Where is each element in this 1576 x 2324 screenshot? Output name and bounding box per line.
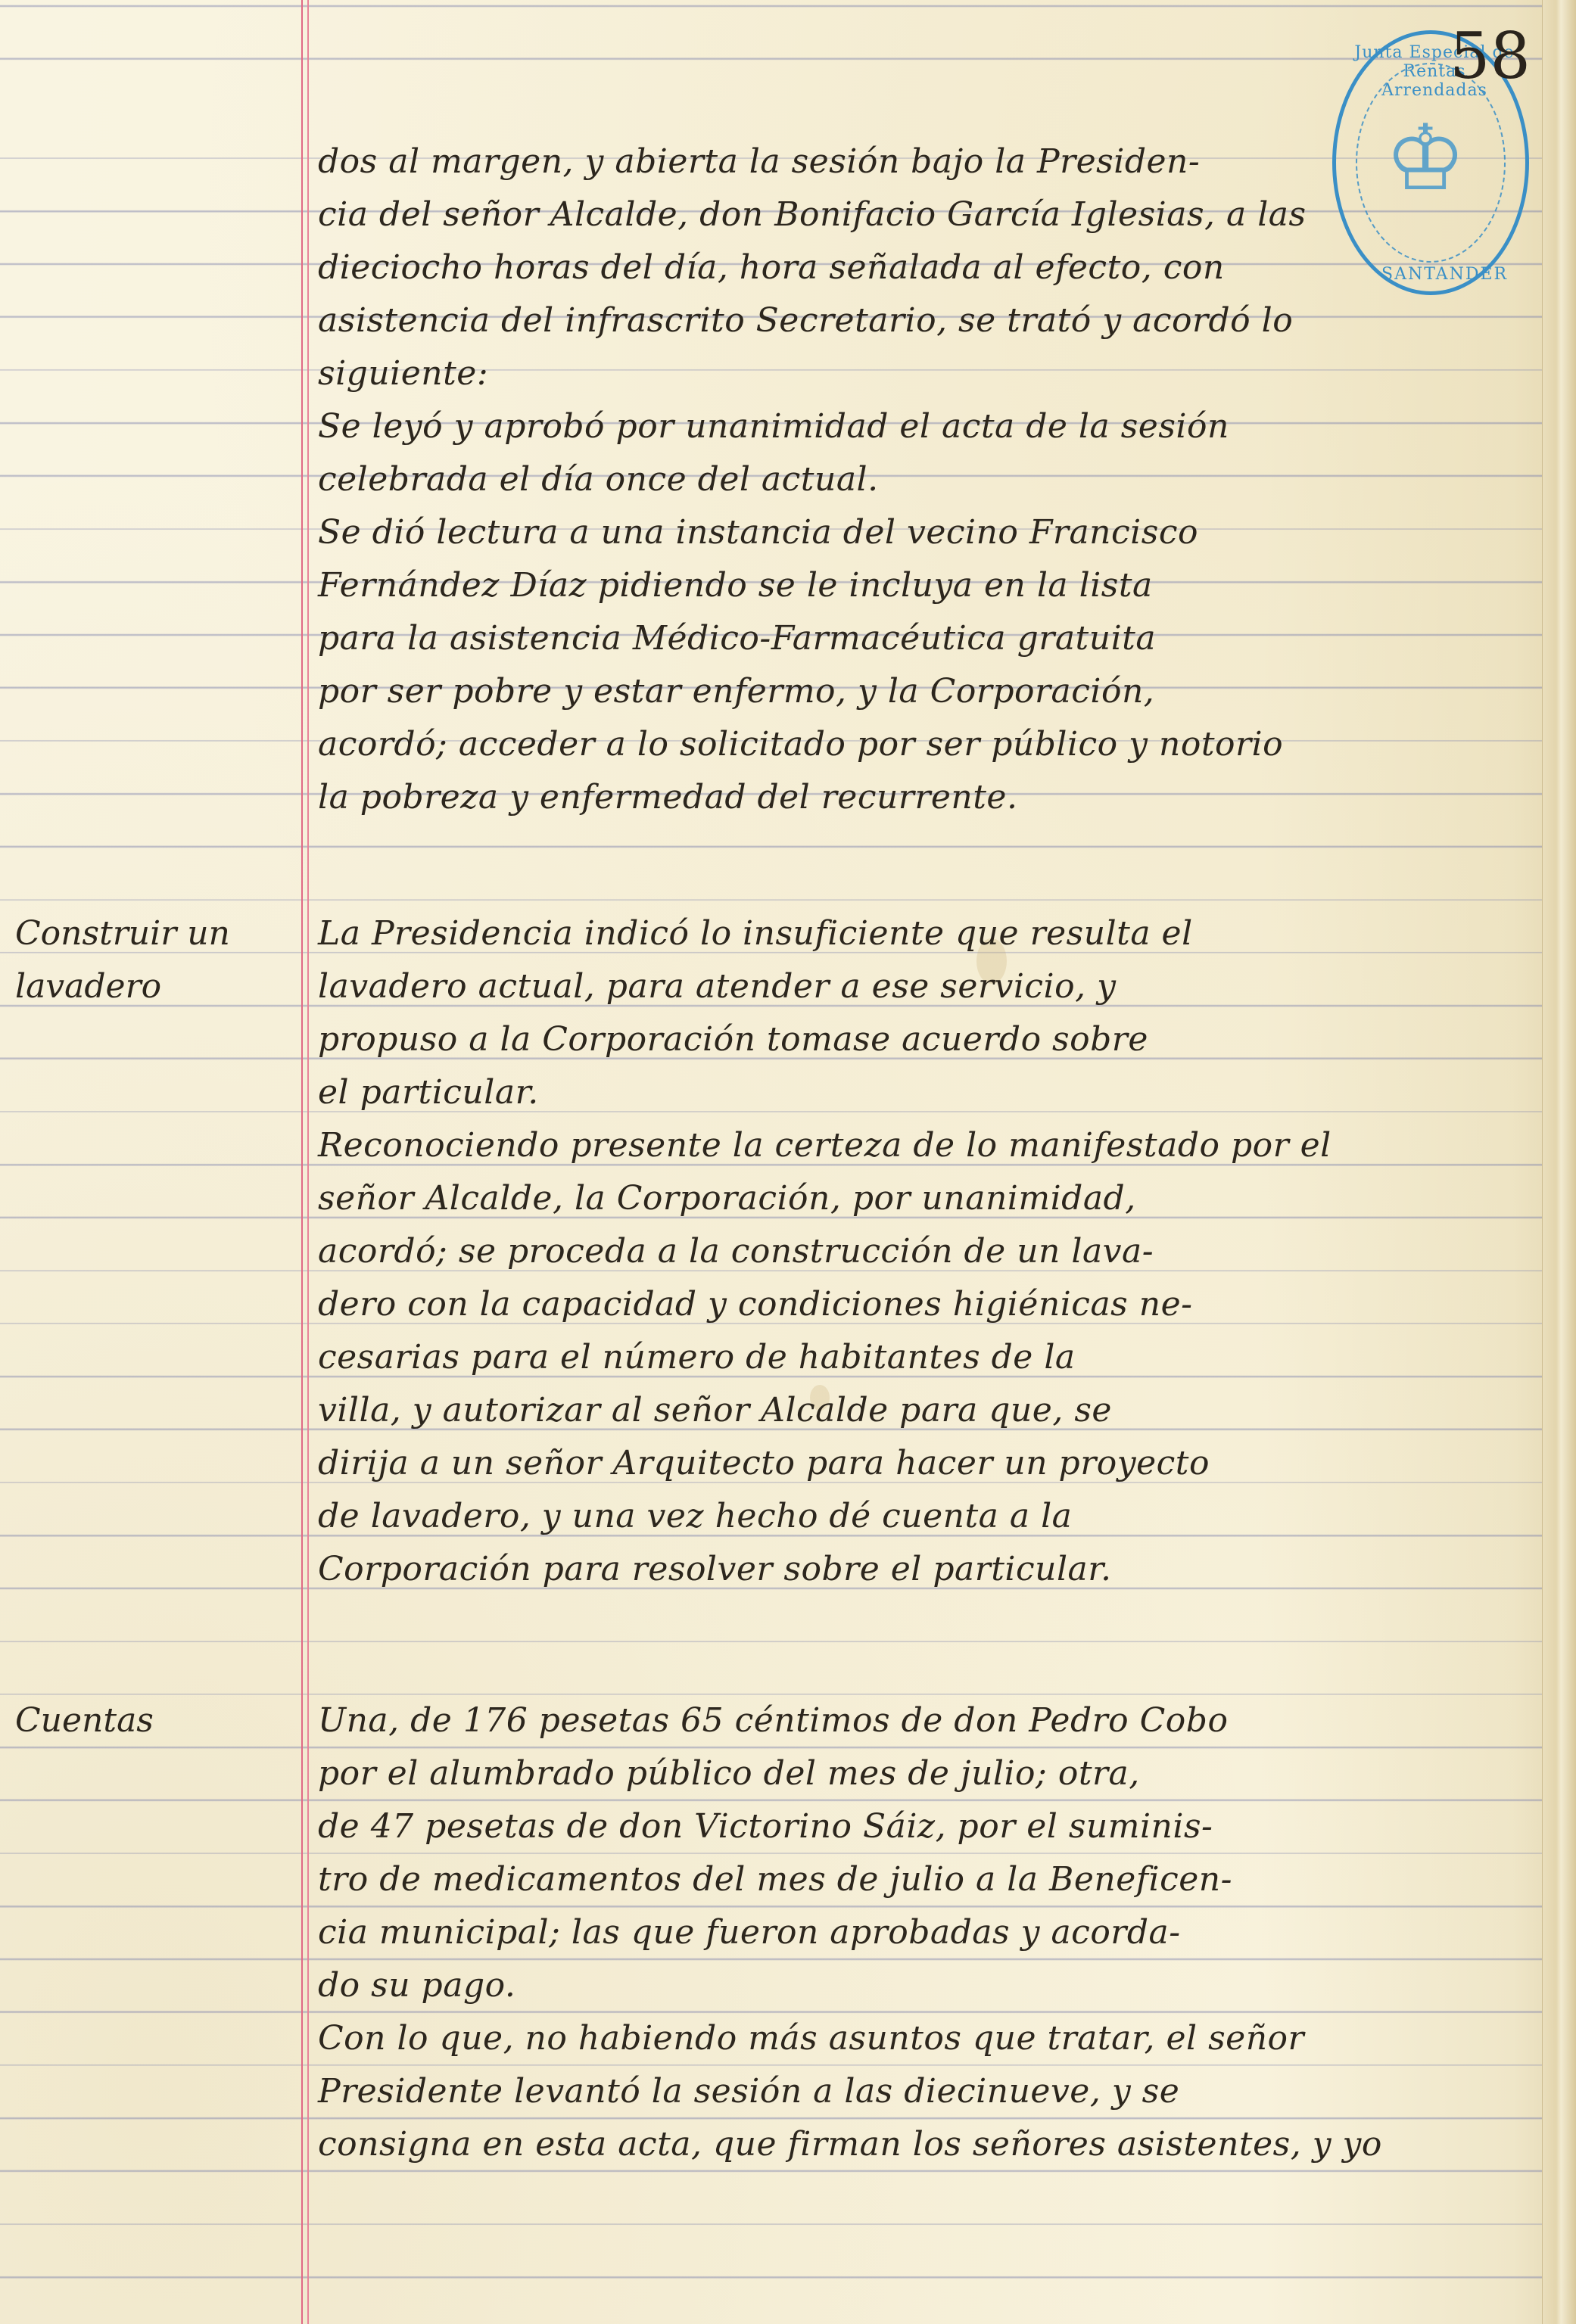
text-line: dero con la capacidad y condiciones higi… (318, 1285, 1193, 1338)
text-line: por ser pobre y estar enfermo, y la Corp… (318, 672, 1154, 725)
margin-note-cuentas: Cuentas (15, 1701, 154, 1740)
text-line: villa, y autorizar al señor Alcalde para… (318, 1391, 1112, 1444)
text-line: lavadero actual, para atender a ese serv… (318, 967, 1116, 1020)
book-spine-edge (1542, 0, 1576, 2324)
text-line: por el alumbrado público del mes de juli… (318, 1754, 1140, 1807)
text-line: Fernández Díaz pidiendo se le incluya en… (318, 566, 1153, 619)
manuscript-page: Junta Especial de Rentas Arrendadas ♔ SA… (0, 0, 1576, 2324)
text-line: tro de medicamentos del mes de julio a l… (318, 1860, 1232, 1913)
text-line: Reconociendo presente la certeza de lo m… (318, 1126, 1332, 1179)
text-line: asistencia del infrascrito Secretario, s… (318, 301, 1293, 354)
margin-note-construir: Construir un (15, 914, 230, 953)
text-line: do su pago. (318, 1966, 515, 2019)
text-line: para la asistencia Médico-Farmacéutica g… (318, 619, 1156, 672)
text-line: Presidente levantó la sesión a las dieci… (318, 2072, 1179, 2125)
text-line: Corporación para resolver sobre el parti… (318, 1550, 1111, 1603)
text-line: Una, de 176 pesetas 65 céntimos de don P… (318, 1701, 1228, 1754)
text-line: Con lo que, no habiendo más asuntos que … (318, 2019, 1304, 2072)
text-line: cia del señor Alcalde, don Bonifacio Gar… (318, 195, 1307, 248)
text-line: dirija a un señor Arquitecto para hacer … (318, 1444, 1210, 1497)
red-margin-line (301, 0, 309, 2324)
text-line: dos al margen, y abierta la sesión bajo … (318, 142, 1200, 195)
margin-note-lavadero: lavadero (15, 967, 161, 1006)
text-line: siguiente: (318, 354, 488, 407)
text-line: cesarias para el número de habitantes de… (318, 1338, 1076, 1391)
text-line: acordó; acceder a lo solicitado por ser … (318, 725, 1283, 778)
text-line: Se dió lectura a una instancia del vecin… (318, 513, 1198, 566)
text-line: la pobreza y enfermedad del recurrente. (318, 778, 1017, 831)
text-line: señor Alcalde, la Corporación, por unani… (318, 1179, 1136, 1232)
text-line: dieciocho horas del día, hora señalada a… (318, 248, 1225, 301)
text-line: de lavadero, y una vez hecho dé cuenta a… (318, 1497, 1072, 1550)
text-line: cia municipal; las que fueron aprobadas … (318, 1913, 1181, 1966)
stamp-bottom-text: SANTANDER (1381, 265, 1495, 284)
text-line: acordó; se proceda a la construcción de … (318, 1232, 1154, 1285)
text-line: celebrada el día once del actual. (318, 460, 879, 513)
text-line: el particular. (318, 1073, 539, 1126)
coat-of-arms-icon: ♔ (1380, 95, 1471, 223)
text-line: de 47 pesetas de don Victorino Sáiz, por… (318, 1807, 1213, 1860)
text-line: propuso a la Corporación tomase acuerdo … (318, 1020, 1148, 1073)
text-line: Se leyó y aprobó por unanimidad el acta … (318, 407, 1229, 460)
text-line: consigna en esta acta, que firman los se… (318, 2125, 1382, 2178)
text-line: La Presidencia indicó lo insuficiente qu… (318, 914, 1193, 967)
page-number: 58 (1450, 24, 1531, 88)
